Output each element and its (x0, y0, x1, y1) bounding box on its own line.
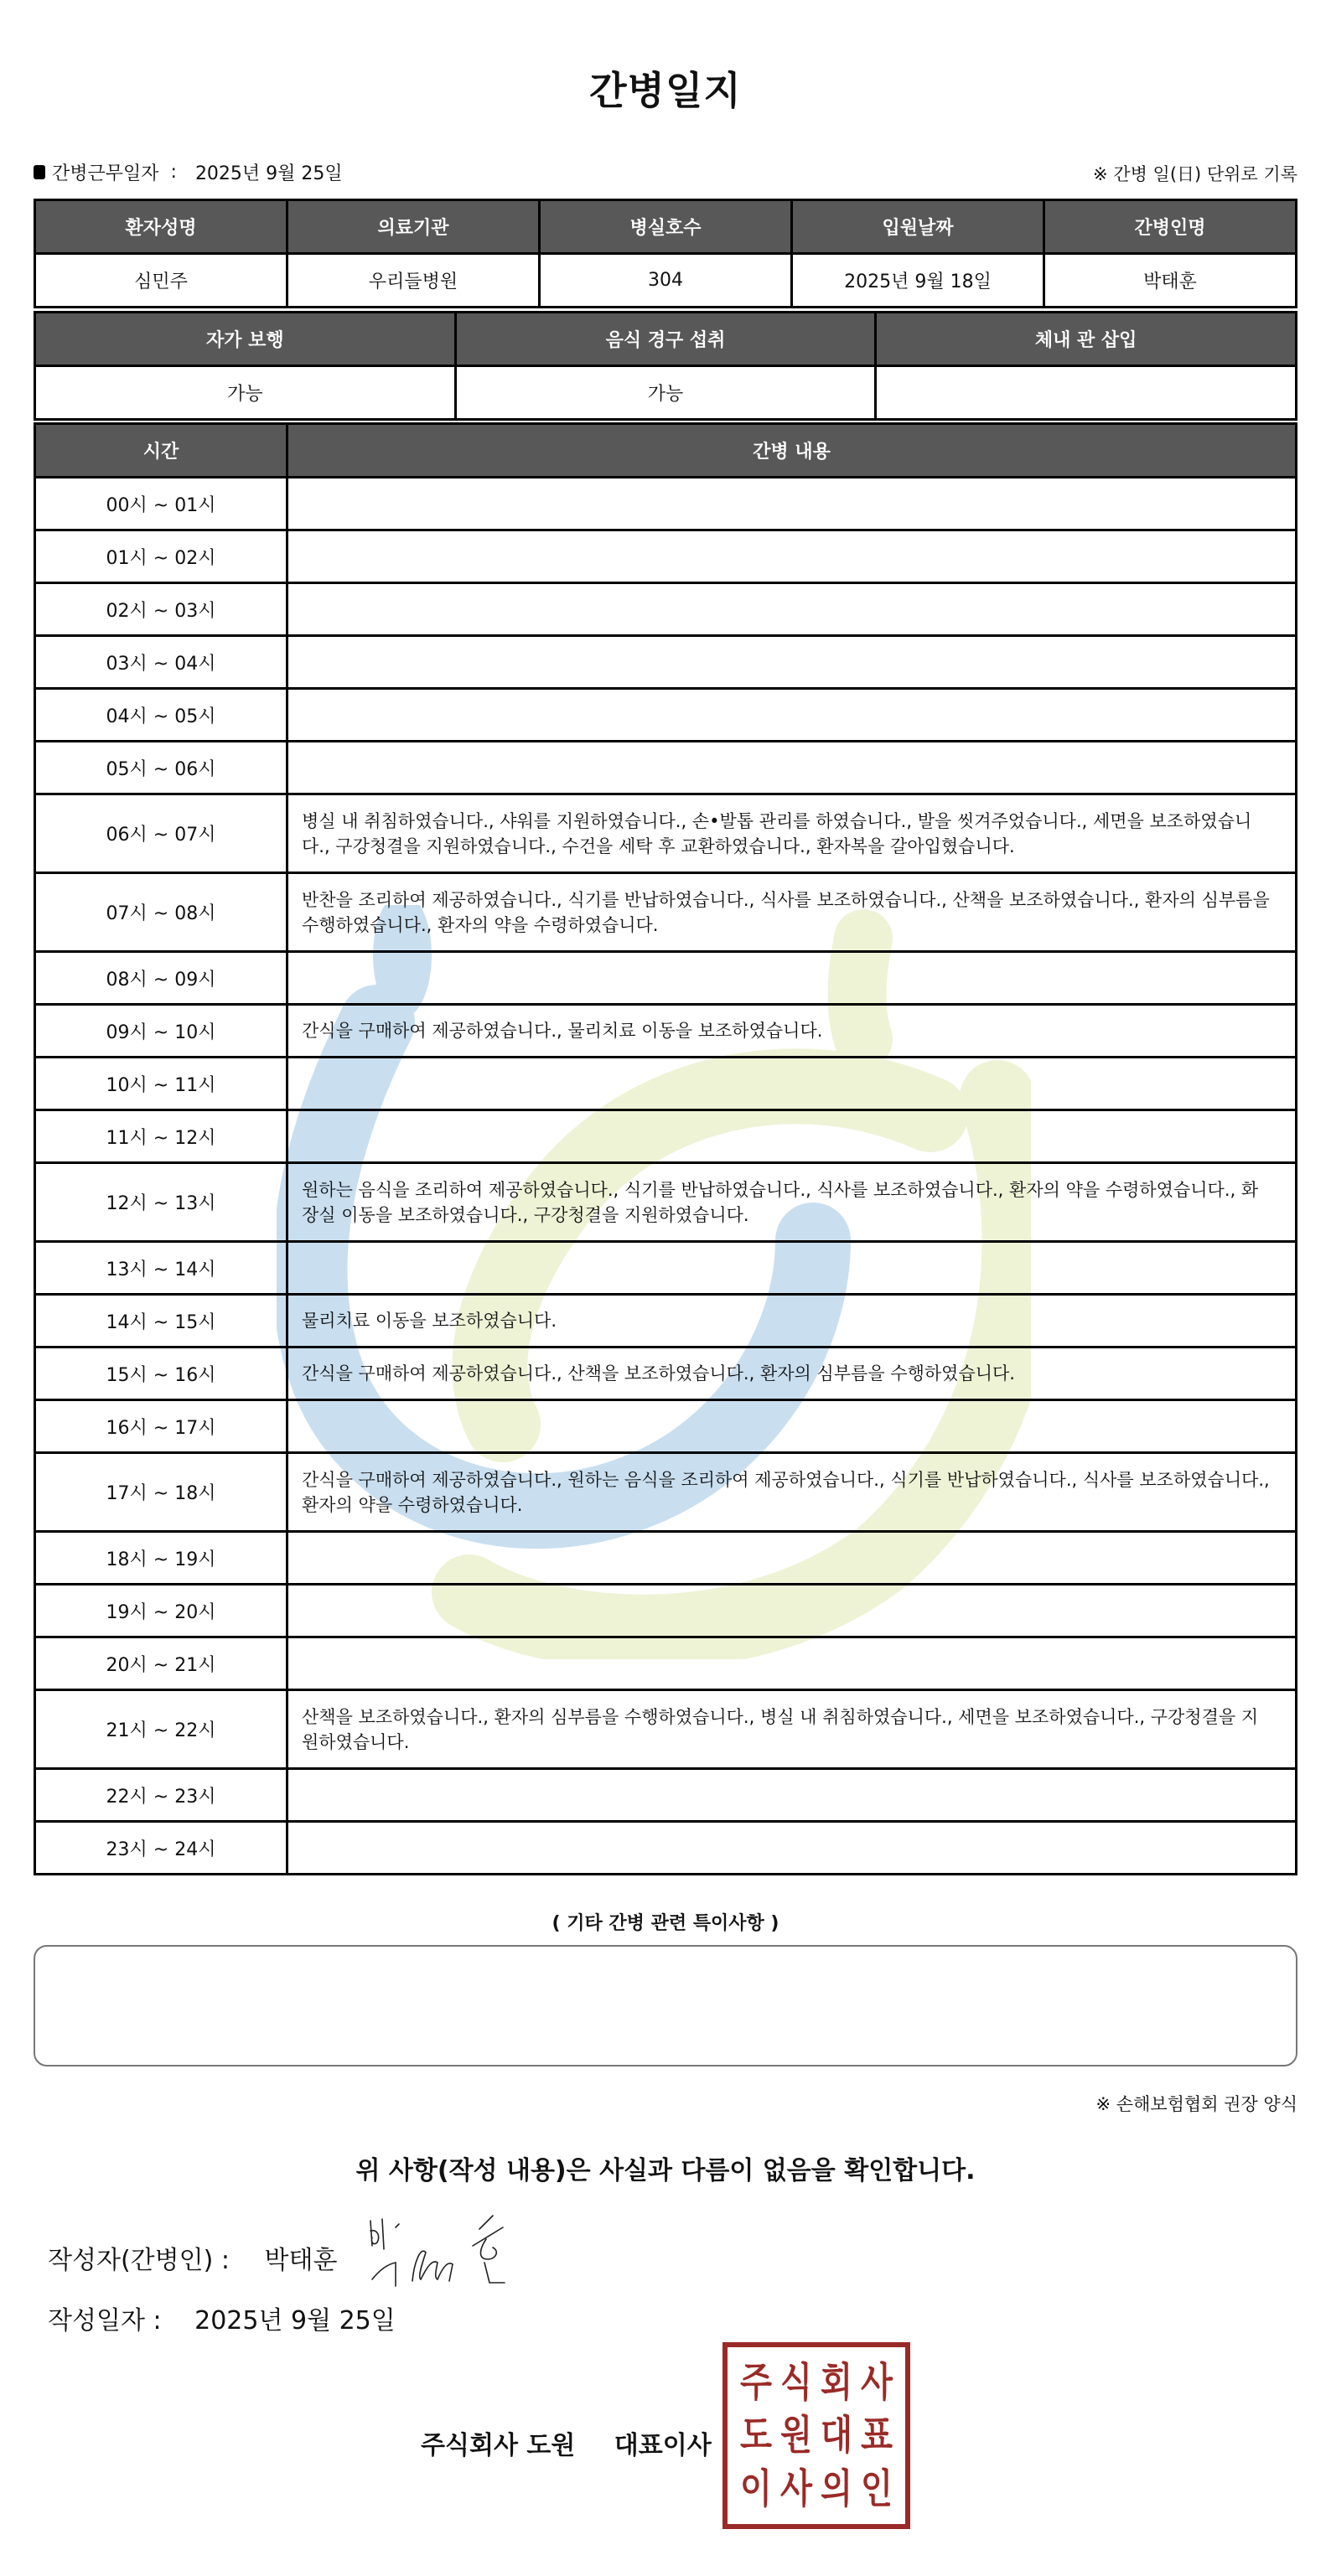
time-slot: 17시 ~ 18시 (35, 1453, 287, 1532)
care-content: 간식을 구매하여 제공하였습니다., 산책을 보조하였습니다., 환자의 심부름… (287, 1347, 1297, 1400)
special-notes-box (34, 1945, 1297, 2066)
time-slot: 11시 ~ 12시 (35, 1110, 287, 1163)
stamp-char: 주 (739, 2356, 772, 2409)
stamp-char: 식 (779, 2356, 812, 2409)
time-slot: 15시 ~ 16시 (35, 1347, 287, 1400)
header-room-number: 병실호수 (540, 200, 792, 254)
care-content (287, 1585, 1297, 1637)
table-row: 16시 ~ 17시 (35, 1400, 1297, 1453)
work-date-label: 간병근무일자 (52, 159, 159, 185)
table-row: 01시 ~ 02시 (35, 530, 1297, 583)
patient-info-table: 환자성명 의료기관 병실호수 입원날짜 간병인명 심민주 우리들병원 304 2… (34, 199, 1297, 308)
caregiver-name: 박태훈 (1044, 254, 1297, 308)
stamp-char: 인 (860, 2462, 893, 2516)
table-row: 11시 ~ 12시 (35, 1110, 1297, 1163)
written-date-line: 작성일자 : 2025년 9월 25일 (48, 2299, 396, 2336)
time-slot: 20시 ~ 21시 (35, 1637, 287, 1690)
care-log-table: 시간 간병 내용 00시 ~ 01시01시 ~ 02시02시 ~ 03시03시 … (34, 422, 1297, 1875)
signature-image (362, 2212, 513, 2288)
table-row: 12시 ~ 13시원하는 음식을 조리하여 제공하였습니다., 식기를 반납하였… (35, 1163, 1297, 1242)
care-content: 반찬을 조리하여 제공하였습니다., 식기를 반납하였습니다., 식사를 보조하… (287, 873, 1297, 952)
time-slot: 00시 ~ 01시 (35, 478, 287, 530)
care-content (287, 742, 1297, 794)
time-slot: 10시 ~ 11시 (35, 1058, 287, 1110)
table-row: 06시 ~ 07시병실 내 취침하였습니다., 샤워를 지원하였습니다., 손•… (35, 794, 1297, 873)
table-row: 10시 ~ 11시 (35, 1058, 1297, 1110)
time-slot: 01시 ~ 02시 (35, 530, 287, 583)
table-row: 07시 ~ 08시반찬을 조리하여 제공하였습니다., 식기를 반납하였습니다.… (35, 873, 1297, 952)
stamp-char: 원 (779, 2409, 812, 2463)
header-care-content: 간병 내용 (287, 424, 1297, 478)
work-date-value: 2025년 9월 25일 (195, 159, 343, 185)
table-row: 03시 ~ 04시 (35, 636, 1297, 689)
time-slot: 06시 ~ 07시 (35, 794, 287, 873)
stamp-char: 사 (860, 2356, 893, 2409)
care-content: 산책을 보조하였습니다., 환자의 심부름을 수행하였습니다., 병실 내 취침… (287, 1690, 1297, 1769)
care-content: 원하는 음식을 조리하여 제공하였습니다., 식기를 반납하였습니다., 식사를… (287, 1163, 1297, 1242)
care-content (287, 1242, 1297, 1295)
table-row: 23시 ~ 24시 (35, 1822, 1297, 1875)
stamp-char: 표 (860, 2409, 893, 2463)
hospital: 우리들병원 (287, 254, 540, 308)
care-content (287, 1769, 1297, 1822)
stamp-char: 사 (779, 2462, 812, 2516)
care-content (287, 636, 1297, 689)
time-slot: 08시 ~ 09시 (35, 952, 287, 1005)
tube-insertion (876, 366, 1297, 420)
header-oral-intake: 음식 경구 섭취 (455, 313, 876, 366)
time-slot: 07시 ~ 08시 (35, 873, 287, 952)
care-content: 물리치료 이동을 보조하였습니다. (287, 1295, 1297, 1347)
bullet-icon (34, 165, 45, 179)
care-content (287, 1822, 1297, 1875)
table-row: 21시 ~ 22시산책을 보조하였습니다., 환자의 심부름을 수행하였습니다.… (35, 1690, 1297, 1769)
time-slot: 09시 ~ 10시 (35, 1005, 287, 1058)
table-row: 15시 ~ 16시간식을 구매하여 제공하였습니다., 산책을 보조하였습니다.… (35, 1347, 1297, 1400)
company-line: 주식회사 도원 대표이사 (421, 2424, 712, 2461)
table-row: 20시 ~ 21시 (35, 1637, 1297, 1690)
table-row: 08시 ~ 09시 (35, 952, 1297, 1005)
care-content: 간식을 구매하여 제공하였습니다., 물리치료 이동을 보조하였습니다. (287, 1005, 1297, 1058)
company-name: 주식회사 도원 (421, 2431, 575, 2460)
association-note: ※ 손해보험협회 권장 양식 (1096, 2091, 1297, 2116)
header-hospital: 의료기관 (287, 200, 540, 254)
time-slot: 13시 ~ 14시 (35, 1242, 287, 1295)
table-row: 04시 ~ 05시 (35, 689, 1297, 742)
table-row: 17시 ~ 18시간식을 구매하여 제공하였습니다., 원하는 음식을 조리하여… (35, 1453, 1297, 1532)
header-admission-date: 입원날짜 (792, 200, 1044, 254)
care-content (287, 478, 1297, 530)
time-slot: 14시 ~ 15시 (35, 1295, 287, 1347)
header-patient-name: 환자성명 (35, 200, 287, 254)
time-slot: 23시 ~ 24시 (35, 1822, 287, 1875)
time-slot: 03시 ~ 04시 (35, 636, 287, 689)
care-content (287, 1400, 1297, 1453)
table-row: 09시 ~ 10시간식을 구매하여 제공하였습니다., 물리치료 이동을 보조하… (35, 1005, 1297, 1058)
self-walking: 가능 (35, 366, 456, 420)
table-row: 19시 ~ 20시 (35, 1585, 1297, 1637)
admission-date: 2025년 9월 18일 (792, 254, 1044, 308)
patient-status-table: 자가 보행 음식 경구 섭취 체내 관 삽입 가능 가능 (34, 311, 1297, 421)
written-date-label: 작성일자 : (48, 2299, 162, 2336)
work-date: 간병근무일자 : 2025년 9월 25일 (34, 159, 343, 185)
table-row: 22시 ~ 23시 (35, 1769, 1297, 1822)
care-content (287, 583, 1297, 636)
writer-label: 작성자(간병인) : (48, 2239, 230, 2276)
time-slot: 12시 ~ 13시 (35, 1163, 287, 1242)
ceo-title: 대표이사 (614, 2431, 712, 2460)
patient-name: 심민주 (35, 254, 287, 308)
special-notes-label: ( 기타 간병 관련 특이사항 ) (0, 1909, 1331, 1935)
care-content: 병실 내 취침하였습니다., 샤워를 지원하였습니다., 손•발톱 관리를 하였… (287, 794, 1297, 873)
work-date-separator: : (171, 162, 177, 183)
table-row: 02시 ~ 03시 (35, 583, 1297, 636)
time-slot: 19시 ~ 20시 (35, 1585, 287, 1637)
writer-line: 작성자(간병인) : 박태훈 (48, 2239, 337, 2276)
time-slot: 16시 ~ 17시 (35, 1400, 287, 1453)
stamp-char: 이 (739, 2462, 772, 2516)
care-content (287, 1058, 1297, 1110)
table-row: 05시 ~ 06시 (35, 742, 1297, 794)
confirmation-statement: 위 사항(작성 내용)은 사실과 다름이 없음을 확인합니다. (0, 2149, 1331, 2186)
stamp-char: 도 (739, 2409, 772, 2463)
record-unit-note: ※ 간병 일(日) 단위로 기록 (1093, 161, 1297, 186)
header-caregiver-name: 간병인명 (1044, 200, 1297, 254)
time-slot: 05시 ~ 06시 (35, 742, 287, 794)
table-row: 14시 ~ 15시물리치료 이동을 보조하였습니다. (35, 1295, 1297, 1347)
table-row: 00시 ~ 01시 (35, 478, 1297, 530)
header-tube-insertion: 체내 관 삽입 (876, 313, 1297, 366)
time-slot: 21시 ~ 22시 (35, 1690, 287, 1769)
oral-intake: 가능 (455, 366, 876, 420)
care-content (287, 1110, 1297, 1163)
time-slot: 18시 ~ 19시 (35, 1532, 287, 1585)
care-content (287, 530, 1297, 583)
care-content (287, 1637, 1297, 1690)
company-seal-stamp: 주 식 회 사 도 원 대 표 이 사 의 인 (722, 2342, 910, 2529)
care-content (287, 952, 1297, 1005)
header-time: 시간 (35, 424, 287, 478)
page-title: 간병일지 (0, 60, 1331, 116)
written-date: 2025년 9월 25일 (194, 2306, 396, 2335)
time-slot: 02시 ~ 03시 (35, 583, 287, 636)
table-row: 18시 ~ 19시 (35, 1532, 1297, 1585)
header-self-walking: 자가 보행 (35, 313, 456, 366)
table-row: 13시 ~ 14시 (35, 1242, 1297, 1295)
room-number: 304 (540, 254, 792, 308)
stamp-char: 회 (820, 2356, 852, 2409)
care-content: 간식을 구매하여 제공하였습니다., 원하는 음식을 조리하여 제공하였습니다.… (287, 1453, 1297, 1532)
time-slot: 22시 ~ 23시 (35, 1769, 287, 1822)
stamp-char: 의 (820, 2462, 852, 2516)
writer-name: 박태훈 (264, 2246, 337, 2275)
time-slot: 04시 ~ 05시 (35, 689, 287, 742)
care-content (287, 689, 1297, 742)
stamp-char: 대 (820, 2409, 852, 2463)
care-content (287, 1532, 1297, 1585)
